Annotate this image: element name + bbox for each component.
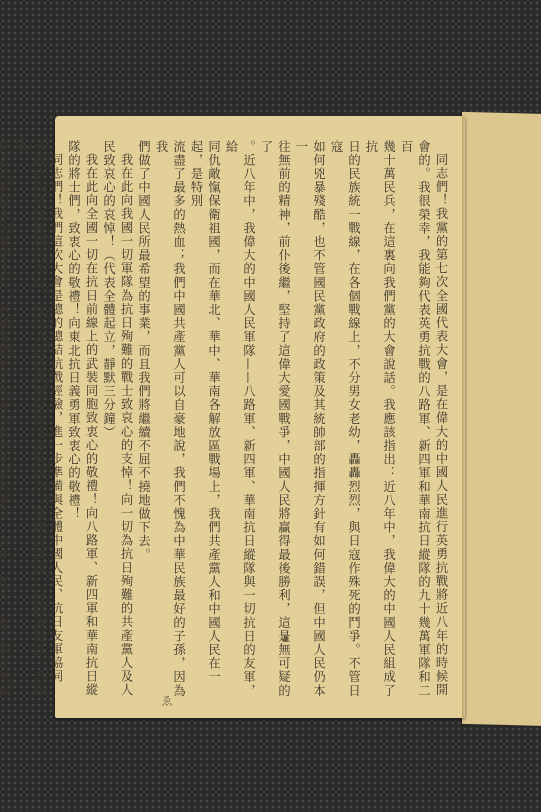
text-column: 們做了中國人民所最希望的事業，而且我們將繼續不屈不撓地做下去。 — [134, 140, 152, 700]
text-column: 爭取抗戰最後勝利的大會。我完全同意我黨領袖毛澤東同志「論聯合政府」的政治報告。毛… — [12, 140, 47, 700]
text-column: 我在此向全國一切在抗日前線上的武裝同胞致衷心的敬禮！向八路軍、新四軍和華南抗日縱 — [82, 140, 100, 700]
text-column: 同志們！我黨的第七次全國代表大會，是在偉大的中國人民進行英勇抗戰將近八年的時候開 — [432, 140, 450, 700]
text-column: 流盡了最多的熱血；我們中國共產黨人可以自豪地說，我們不愧為中華民族最好的子孫，因… — [152, 140, 187, 700]
ink-blot: ゑ — [161, 692, 173, 709]
text-column: 同志們！我們這次大會是總的總結抗戰經驗，進一步準備與全體中國人民、抗日友軍協同 — [47, 140, 65, 700]
text-column: 同志這個偉大的歷史文件，具體地總結了中國人民為中國的獨立、自由、民主、統一與富強… — [0, 140, 12, 700]
text-column: 會的。我很榮幸，我能夠代表英勇抗戰的八路軍、新四軍和華南抗日縱隊的九十幾萬軍隊和… — [397, 140, 432, 700]
page-text: 同志們！我黨的第七次全國代表大會，是在偉大的中國人民進行英勇抗戰將近八年的時候開… — [0, 140, 449, 700]
text-column: 我在此向我國一切軍隊為抗日殉難的戰士致哀心的支悼！向一切為抗日殉難的共產黨人及人 — [117, 140, 135, 700]
text-column: 幾十萬民兵，在這裏向我們黨的大會說話。我應該指出：近八年中，我偉大的中國人民組成… — [362, 140, 397, 700]
text-column: 民致哀心的哀悼！（代表全體起立，靜默三分鐘） — [99, 140, 117, 700]
text-column: 往無前的精神，前仆後繼，堅持了這偉大愛國戰爭，中國人民將贏得最後勝利，這是無可疑… — [257, 140, 292, 700]
page-gutter — [462, 116, 465, 718]
text-column: 。近八年中，我偉大的中國人民軍隊——八路軍、新四軍、華南抗日縱隊與一切抗日的友軍… — [222, 140, 257, 700]
text-column: 如何兇暴殘酷，也不管國民黨政府的政策及其統帥部的指揮方針有如何錯誤，但中國人民仍… — [292, 140, 327, 700]
text-column: 日的民族統一戰線，在各個戰線上，不分男女老幼，轟轟烈烈，與日寇作殊死的鬥爭。不管… — [327, 140, 362, 700]
ink-blot: ◕ — [281, 634, 289, 644]
facing-page — [462, 112, 541, 726]
text-column: 隊的將士們，致衷心的敬禮！向東北抗日義勇軍致衷心的敬禮！ — [64, 140, 82, 700]
text-column: 同仇敵愾保衛祖國，而在華北、華中、華南各解放區戰場上，我們共產黨人和中國人民在一… — [187, 140, 222, 700]
